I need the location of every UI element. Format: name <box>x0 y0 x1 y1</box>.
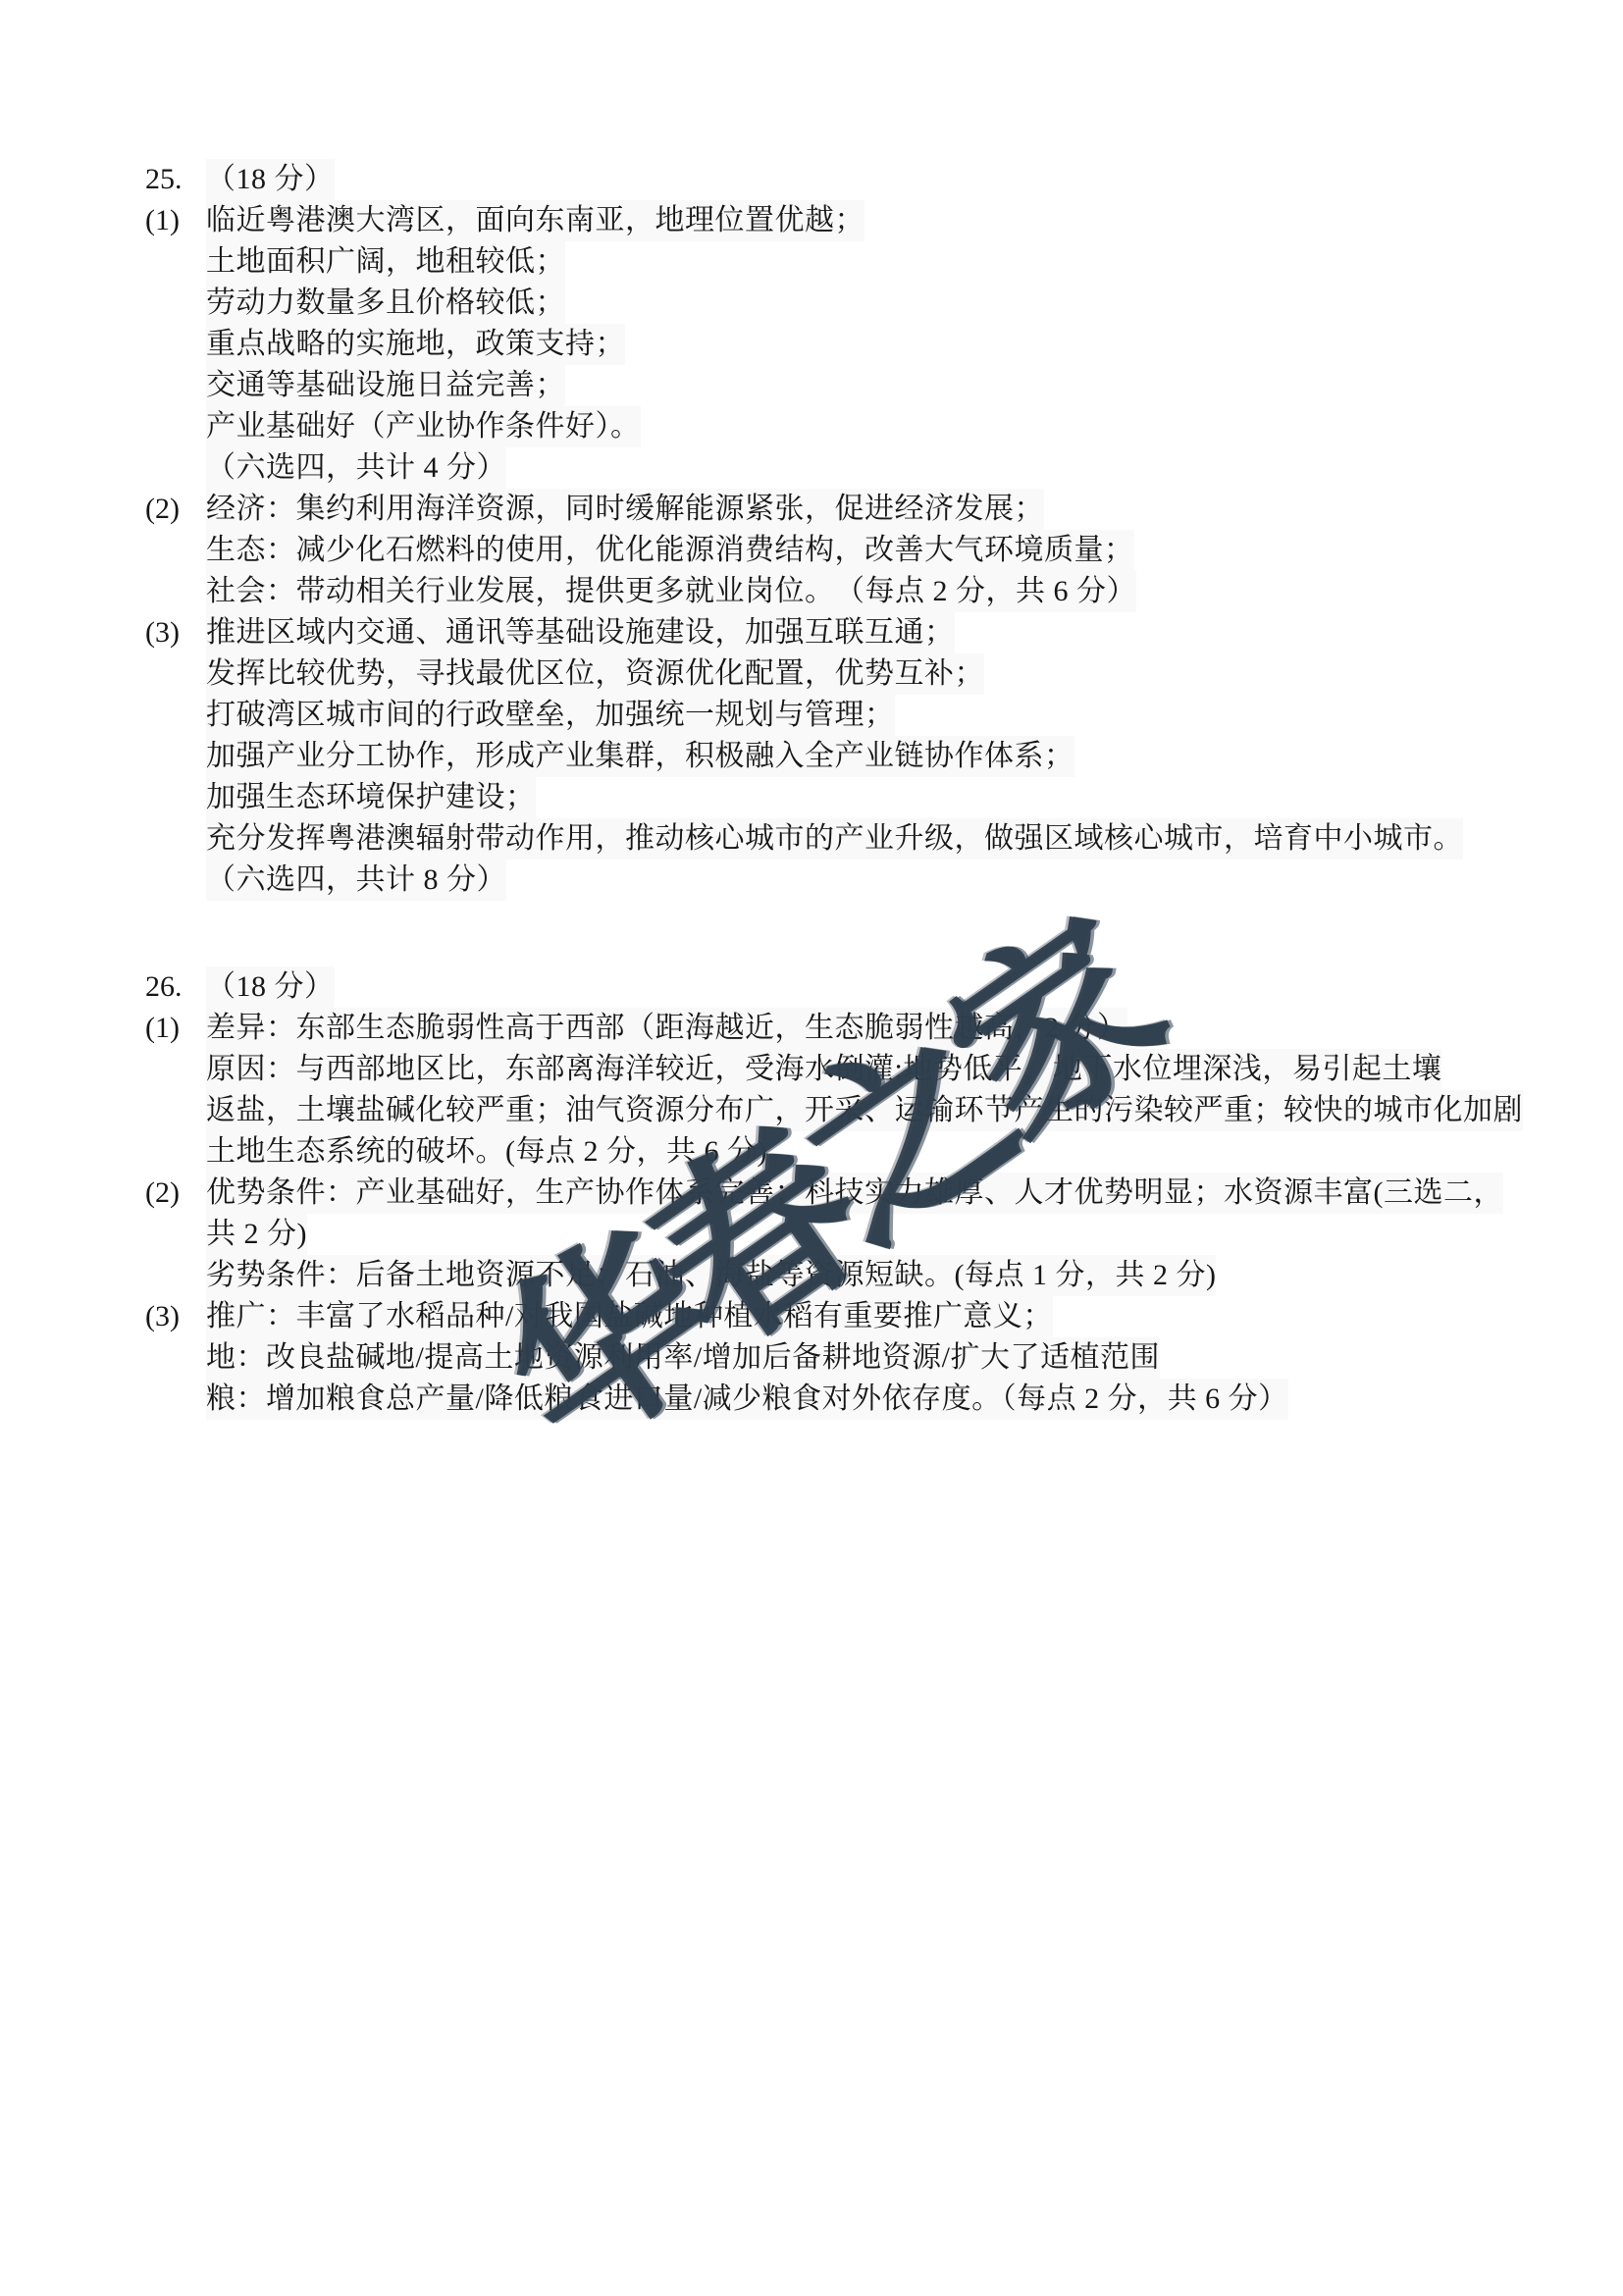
line-marker: (3) <box>145 612 180 653</box>
line-text: 打破湾区城市间的行政壁垒，加强统一规划与管理； <box>206 695 895 736</box>
line-marker: (3) <box>145 1296 180 1337</box>
answer-section-q26: 26.（18 分）(1)差异：东部生态脆弱性高于西部（距海越近，生态脆弱性越高，… <box>145 966 1594 1420</box>
line-text: 土地面积广阔，地租较低； <box>206 241 565 283</box>
answer-line: 返盐，土壤盐碱化较严重；油气资源分布广，开采、运输环节产生的污染较严重；较快的城… <box>145 1090 1594 1131</box>
answer-line: 充分发挥粤港澳辐射带动作用，推动核心城市的产业升级，做强区域核心城市，培育中小城… <box>145 818 1594 860</box>
line-marker: (2) <box>145 1173 180 1214</box>
answer-line: 原因：与西部地区比，东部离海洋较近，受海水倒灌;地势低平，地下水位埋深浅，易引起… <box>145 1049 1594 1090</box>
line-text: 粮：增加粮食总产量/降低粮食进口量/减少粮食对外依存度。（每点 2 分，共 6 … <box>206 1379 1288 1420</box>
line-text: 生态：减少化石燃料的使用，优化能源消费结构，改善大气环境质量； <box>206 530 1134 571</box>
answer-line: (1)临近粤港澳大湾区，面向东南亚，地理位置优越； <box>145 200 1594 241</box>
line-text: 原因：与西部地区比，东部离海洋较近，受海水倒灌;地势低平，地下水位埋深浅，易引起… <box>206 1049 1441 1090</box>
answer-line: (3)推进区域内交通、通讯等基础设施建设，加强互联互通； <box>145 612 1594 653</box>
line-text: （18 分） <box>206 966 335 1008</box>
line-text: 社会：带动相关行业发展，提供更多就业岗位。 （每点 2 分，共 6 分） <box>206 571 1136 612</box>
answer-line: 打破湾区城市间的行政壁垒，加强统一规划与管理； <box>145 695 1594 736</box>
line-text: 劳动力数量多且价格较低； <box>206 283 565 324</box>
line-text: 发挥比较优势，寻找最优区位，资源优化配置，优势互补； <box>206 653 984 695</box>
answer-line: 加强生态环境保护建设； <box>145 777 1594 818</box>
answer-line: 土地面积广阔，地租较低； <box>145 241 1594 283</box>
line-text: （六选四，共计 4 分） <box>206 447 506 489</box>
answer-line: 25.（18 分） <box>145 159 1594 200</box>
line-text: 充分发挥粤港澳辐射带动作用，推动核心城市的产业升级，做强区域核心城市，培育中小城… <box>206 818 1463 860</box>
answer-line: （六选四，共计 4 分） <box>145 447 1594 489</box>
line-text: 返盐，土壤盐碱化较严重；油气资源分布广，开采、运输环节产生的污染较严重；较快的城… <box>206 1090 1523 1131</box>
answer-line: 地：改良盐碱地/提高土地资源利用率/增加后备耕地资源/扩大了适植范围 <box>145 1337 1594 1379</box>
answer-line: (2)经济：集约利用海洋资源，同时缓解能源紧张，促进经济发展； <box>145 489 1594 530</box>
line-text: 经济：集约利用海洋资源，同时缓解能源紧张，促进经济发展； <box>206 489 1044 530</box>
line-text: 临近粤港澳大湾区，面向东南亚，地理位置优越； <box>206 200 864 241</box>
answer-line: 26.（18 分） <box>145 966 1594 1008</box>
line-text: 交通等基础设施日益完善； <box>206 365 565 406</box>
answer-line: 交通等基础设施日益完善； <box>145 365 1594 406</box>
answer-line: 土地生态系统的破坏。(每点 2 分，共 6 分) <box>145 1131 1594 1173</box>
line-marker: (1) <box>145 1008 180 1049</box>
line-text: （18 分） <box>206 159 335 200</box>
answer-line: 重点战略的实施地，政策支持； <box>145 324 1594 365</box>
line-text: 产业基础好（产业协作条件好）。 <box>206 406 641 447</box>
answer-line: 共 2 分) <box>145 1214 1594 1255</box>
line-text: 推广：丰富了水稻品种/对我国盐碱地种植水稻有重要推广意义； <box>206 1296 1053 1337</box>
answer-line: (3)推广：丰富了水稻品种/对我国盐碱地种植水稻有重要推广意义； <box>145 1296 1594 1337</box>
answer-line: 社会：带动相关行业发展，提供更多就业岗位。 （每点 2 分，共 6 分） <box>145 571 1594 612</box>
line-text: 优势条件：产业基础好，生产协作体系完善；科技实力雄厚、人才优势明显；水资源丰富(… <box>206 1173 1503 1214</box>
line-text: 推进区域内交通、通讯等基础设施建设，加强互联互通； <box>206 612 955 653</box>
answer-line: 加强产业分工协作，形成产业集群，积极融入全产业链协作体系； <box>145 736 1594 777</box>
line-text: 重点战略的实施地，政策支持； <box>206 324 625 365</box>
answer-line: 粮：增加粮食总产量/降低粮食进口量/减少粮食对外依存度。（每点 2 分，共 6 … <box>145 1379 1594 1420</box>
line-text: 加强生态环境保护建设； <box>206 777 536 818</box>
line-text: （六选四，共计 8 分） <box>206 860 506 901</box>
line-text: 地：改良盐碱地/提高土地资源利用率/增加后备耕地资源/扩大了适植范围 <box>206 1337 1160 1379</box>
line-text: 劣势条件：后备土地资源不足；石油、海盐等资源短缺。(每点 1 分，共 2 分) <box>206 1255 1216 1296</box>
line-marker: (1) <box>145 200 180 241</box>
answer-line: 生态：减少化石燃料的使用，优化能源消费结构，改善大气环境质量； <box>145 530 1594 571</box>
answer-section-q25: 25.（18 分）(1)临近粤港澳大湾区，面向东南亚，地理位置优越；土地面积广阔… <box>145 159 1594 901</box>
line-text: 土地生态系统的破坏。(每点 2 分，共 6 分) <box>206 1131 767 1173</box>
answer-line: 产业基础好（产业协作条件好）。 <box>145 406 1594 447</box>
answer-line: (2)优势条件：产业基础好，生产协作体系完善；科技实力雄厚、人才优势明显；水资源… <box>145 1173 1594 1214</box>
line-text: 差异：东部生态脆弱性高于西部（距海越近，生态脆弱性越高，2 分） <box>206 1008 1127 1049</box>
line-text: 共 2 分) <box>206 1214 307 1255</box>
answer-line: 劣势条件：后备土地资源不足；石油、海盐等资源短缺。(每点 1 分，共 2 分) <box>145 1255 1594 1296</box>
answer-line: 发挥比较优势，寻找最优区位，资源优化配置，优势互补； <box>145 653 1594 695</box>
answer-line: (1)差异：东部生态脆弱性高于西部（距海越近，生态脆弱性越高，2 分） <box>145 1008 1594 1049</box>
line-text: 加强产业分工协作，形成产业集群，积极融入全产业链协作体系； <box>206 736 1074 777</box>
line-marker: 26. <box>145 966 183 1008</box>
answer-line: 劳动力数量多且价格较低； <box>145 283 1594 324</box>
line-marker: 25. <box>145 159 183 200</box>
answer-line: （六选四，共计 8 分） <box>145 860 1594 901</box>
scanned-answer-page: 25.（18 分）(1)临近粤港澳大湾区，面向东南亚，地理位置优越；土地面积广阔… <box>0 0 1623 2296</box>
answer-document: 25.（18 分）(1)临近粤港澳大湾区，面向东南亚，地理位置优越；土地面积广阔… <box>145 159 1594 1420</box>
line-marker: (2) <box>145 489 180 530</box>
